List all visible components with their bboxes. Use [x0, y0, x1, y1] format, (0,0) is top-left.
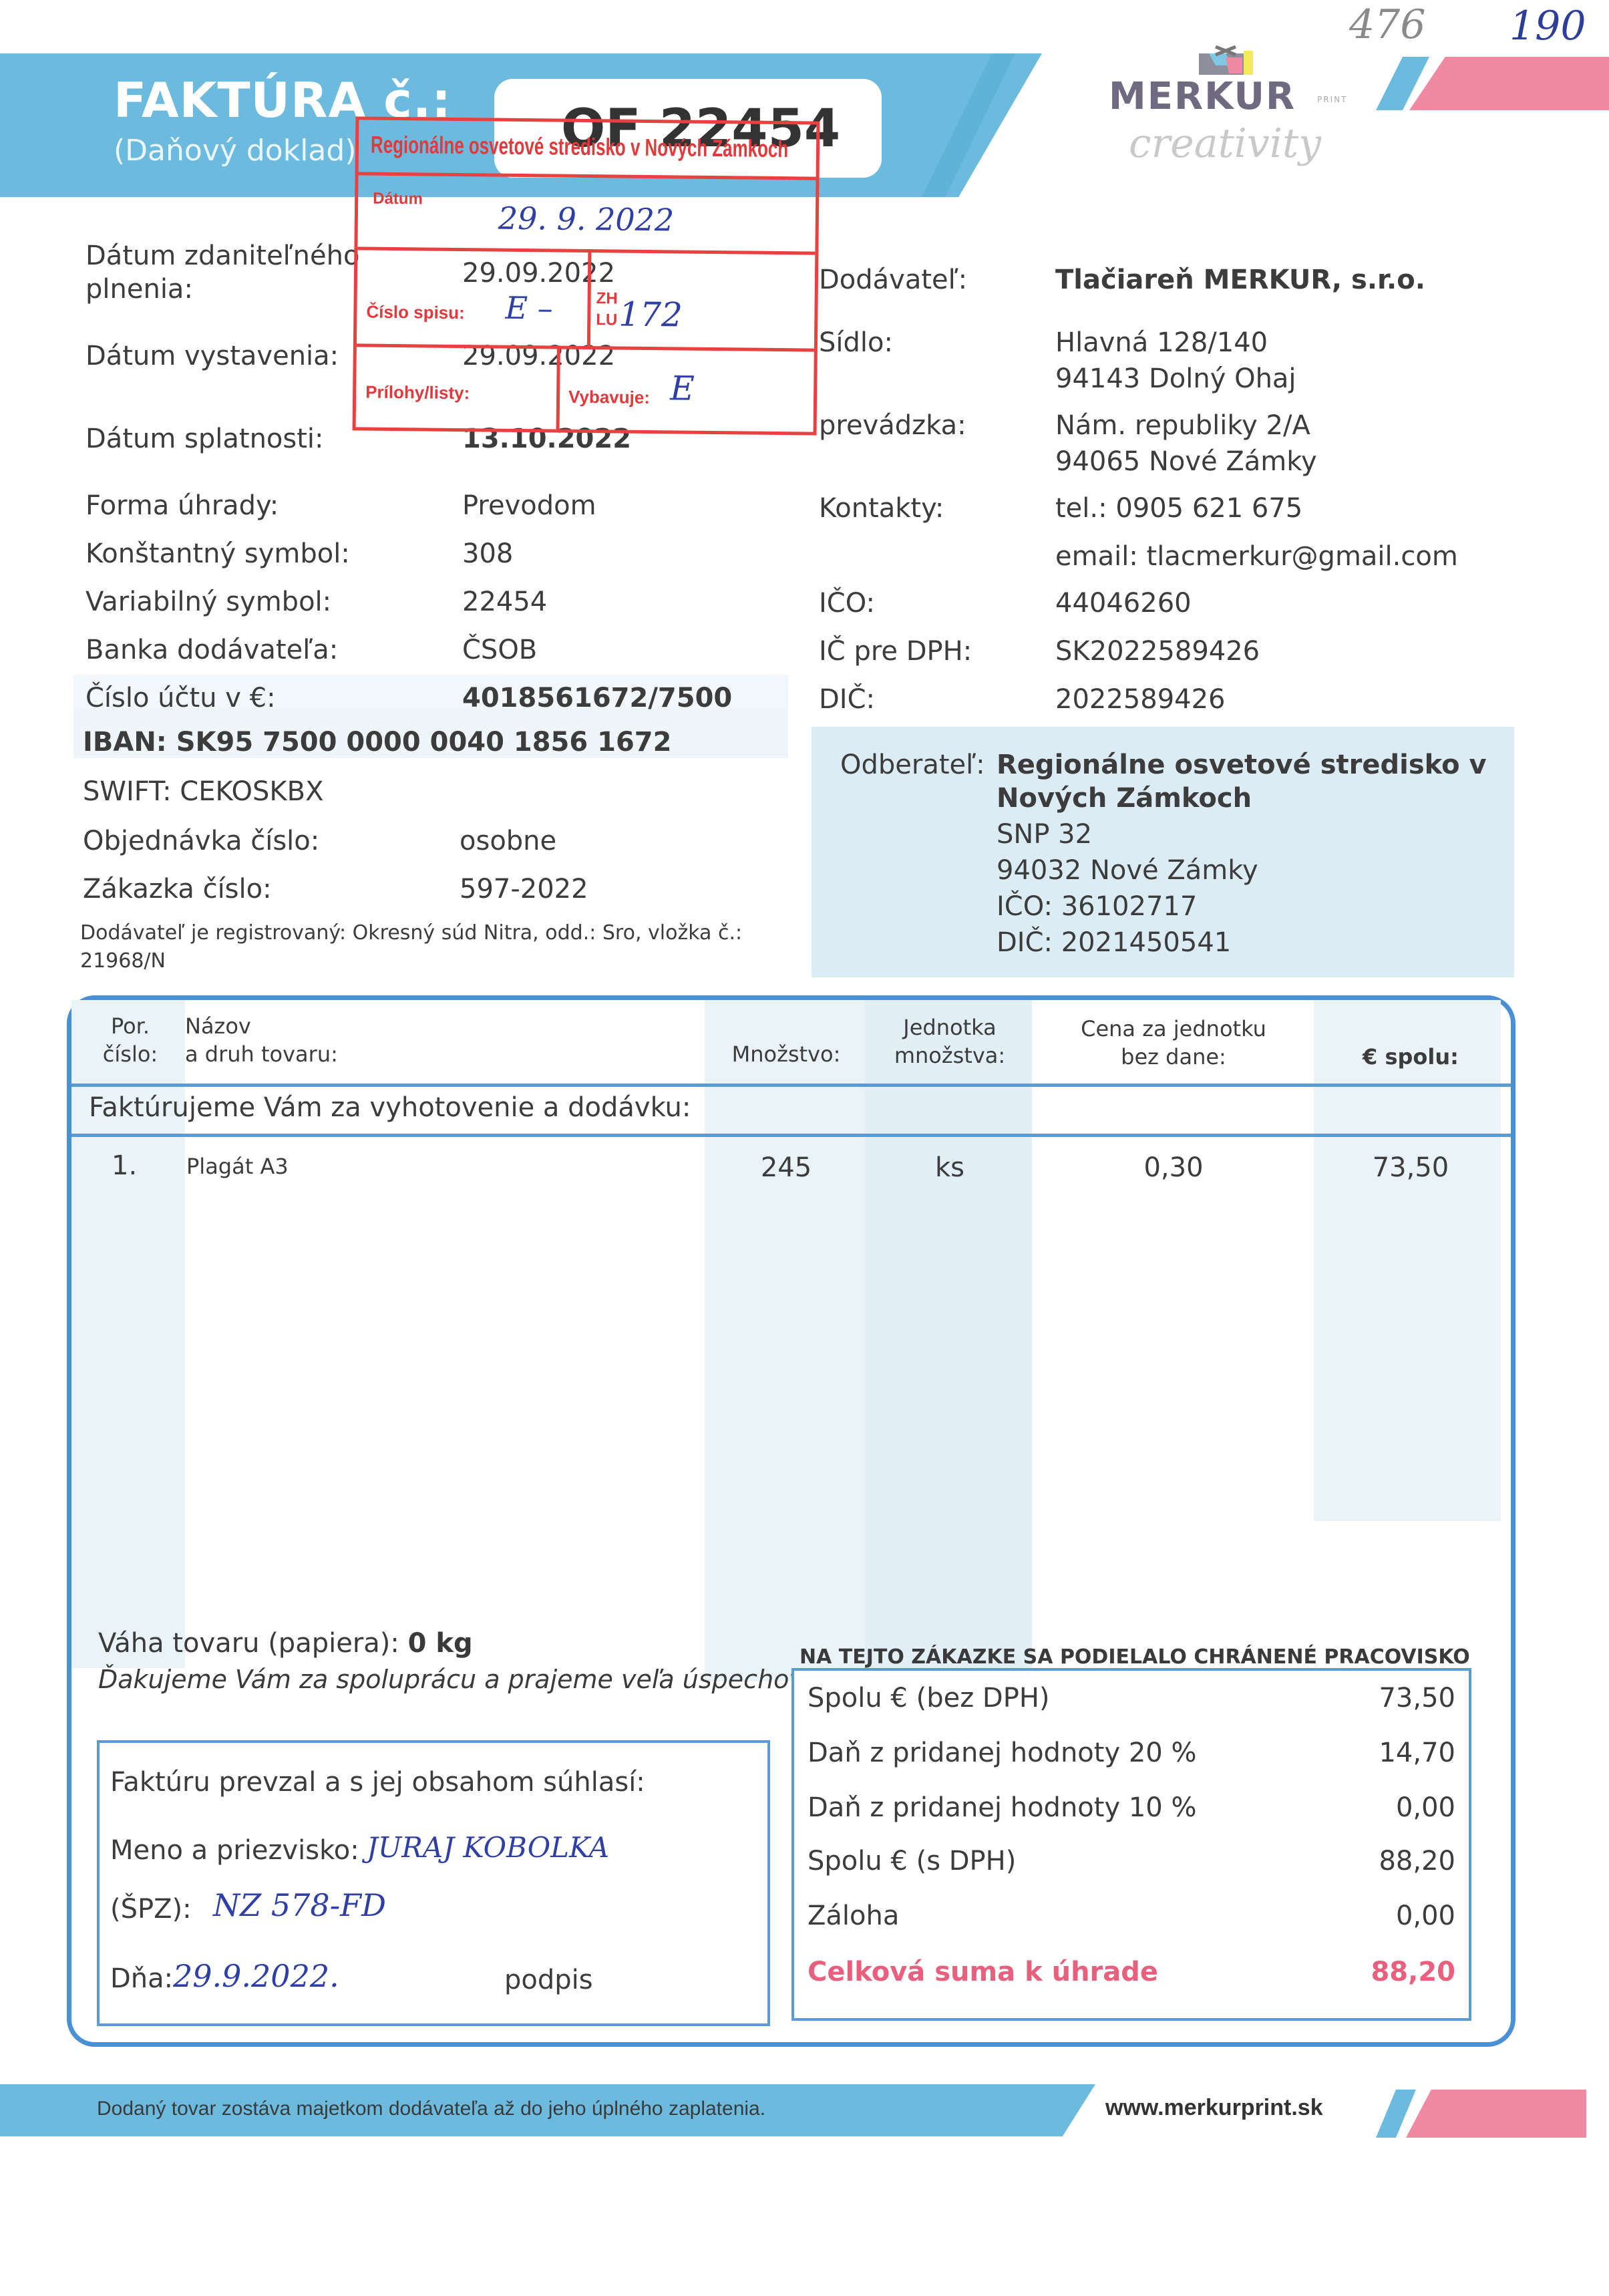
stamp-date-value: 29. 9. 2022: [498, 200, 675, 238]
supplier-phone: tel.: 0905 621 675: [1055, 493, 1302, 524]
label-account-number: Číslo účtu v €:: [85, 683, 276, 713]
th-name: Názova druh tovaru:: [185, 1012, 338, 1068]
label-issue-date: Dátum vystavenia:: [85, 341, 339, 371]
supplier-branch-line1: Nám. republiky 2/A: [1055, 410, 1310, 441]
receipt-date-label: Dňa:: [110, 1963, 173, 1994]
label-ico: IČO:: [819, 588, 875, 619]
stamp-file-label: Číslo spisu:: [366, 302, 465, 324]
receipt-plate-value: NZ 578-FD: [213, 1887, 386, 1923]
cell-unit: ks: [866, 1152, 1033, 1183]
receipt-date-value: 29.9.2022.: [173, 1958, 339, 1994]
summary-row: Daň z pridanej hodnoty 20 %14,70: [808, 1738, 1455, 1768]
label-branch: prevádzka:: [819, 410, 966, 441]
cell-unit-price: 0,30: [1040, 1152, 1307, 1183]
value-variable-symbol: 22454: [462, 587, 547, 617]
decor-stripe-pink: [1409, 57, 1609, 110]
label-dic: DIČ:: [819, 684, 875, 715]
label-constant-symbol: Konštantný symbol:: [85, 538, 350, 569]
footer-note: Dodaný tovar zostáva majetkom dodávateľa…: [97, 2098, 765, 2120]
stamp-zh-value: 172: [618, 295, 683, 335]
buyer-address1: SNP 32: [997, 819, 1092, 850]
buyer-dic: DIČ: 2021450541: [997, 927, 1231, 958]
summary-row: Záloha0,00: [808, 1901, 1455, 1931]
label-order-number: Objednávka číslo:: [83, 826, 319, 856]
cell-name: Plagát A3: [186, 1154, 289, 1179]
footer-website-link[interactable]: www.merkurprint.sk: [1105, 2095, 1323, 2121]
label-job-number: Zákazka číslo:: [83, 874, 272, 905]
cell-quantity: 245: [713, 1152, 860, 1183]
label-contacts: Kontakty:: [819, 493, 944, 524]
value-constant-symbol: 308: [462, 538, 513, 569]
label-seat: Sídlo:: [819, 327, 893, 358]
stamp-file-value: E –: [505, 290, 553, 327]
summary-row: Daň z pridanej hodnoty 10 %0,00: [808, 1792, 1455, 1823]
receipt-title: Faktúru prevzal a s jej obsahom súhlasí:: [110, 1767, 645, 1798]
stamp-org: Regionálne osvetové stredisko v Nových Z…: [371, 131, 789, 164]
stamp-date-label: Dátum: [373, 190, 423, 209]
buyer-ico: IČO: 36102717: [997, 891, 1197, 922]
supplier-branch-line2: 94065 Nové Zámky: [1055, 446, 1317, 477]
summary-box: Spolu € (bez DPH)73,50 Daň z pridanej ho…: [791, 1668, 1471, 2021]
label-buyer: Odberateľ:: [840, 750, 985, 780]
summary-row: Spolu € (bez DPH)73,50: [808, 1683, 1455, 1713]
stamp-handler-value: E: [670, 369, 695, 407]
iban: IBAN: SK95 7500 0000 0040 1856 1672: [83, 727, 671, 758]
stamp-zh-label: ZH: [596, 289, 617, 308]
value-job-number: 597-2022: [460, 874, 588, 905]
handwritten-note-left: 476: [1349, 1, 1426, 48]
supplier-icdph: SK2022589426: [1055, 636, 1260, 667]
summary-row: Spolu € (s DPH)88,20: [808, 1846, 1455, 1876]
merkur-logo-icon: [1196, 45, 1249, 72]
footer-stripe-pink: [1406, 2090, 1586, 2138]
total-due-row: Celková suma k úhrade88,20: [808, 1957, 1455, 1987]
th-total: € spolu:: [1320, 1043, 1501, 1071]
cell-total: 73,50: [1320, 1152, 1501, 1183]
receipt-signature-label: podpis: [504, 1965, 593, 1995]
label-icdph: IČ pre DPH:: [819, 636, 972, 667]
supplier-ico: 44046260: [1055, 588, 1192, 619]
buyer-address2: 94032 Nové Zámky: [997, 855, 1258, 886]
th-unit: Jednotkamnožstva:: [866, 1013, 1033, 1070]
brand-logo-suffix: PRINT: [1317, 95, 1347, 104]
th-num: Por.číslo:: [90, 1012, 170, 1068]
buyer-name-line2: Nových Zámkoch: [997, 783, 1252, 814]
value-payment-method: Prevodom: [462, 490, 596, 521]
supplier-email[interactable]: email: tlacmerkur@gmail.com: [1055, 541, 1458, 572]
handwritten-note-right: 190: [1509, 3, 1586, 49]
brand-logo-text: MERKUR: [1109, 75, 1296, 118]
receipt-plate-label: (ŠPZ):: [110, 1894, 192, 1925]
supplier-name: Tlačiareň MERKUR, s.r.o.: [1055, 265, 1425, 295]
supplier-seat-line2: 94143 Dolný Ohaj: [1055, 363, 1296, 394]
weight-line: Váha tovaru (papiera): 0 kg: [98, 1628, 473, 1659]
buyer-name-line1: Regionálne osvetové stredisko v: [997, 750, 1487, 780]
registry-stamp: Regionálne osvetové stredisko v Nových Z…: [353, 116, 820, 435]
value-order-number: osobne: [460, 826, 556, 856]
value-account-number: 4018561672/7500: [462, 683, 732, 713]
invoice-subtitle: (Daňový doklad): [114, 134, 357, 168]
receipt-name-label: Meno a priezvisko:: [110, 1835, 359, 1866]
th-unit-price: Cena za jednotkubez dane:: [1040, 1015, 1307, 1071]
supplier-dic: 2022589426: [1055, 684, 1226, 715]
label-supplier: Dodávateľ:: [819, 265, 967, 295]
stamp-lu-label: LU: [596, 311, 617, 329]
supplier-seat-line1: Hlavná 128/140: [1055, 327, 1268, 358]
items-intro: Faktúrujeme Vám za vyhotovenie a dodávku…: [89, 1092, 691, 1123]
receipt-name-value: JURAJ KOBOLKA: [367, 1831, 609, 1864]
label-variable-symbol: Variabilný symbol:: [85, 587, 331, 617]
label-due-date: Dátum splatnosti:: [85, 424, 324, 454]
swift: SWIFT: CEKOSKBX: [83, 776, 323, 807]
brand-slogan: creativity: [1129, 120, 1321, 167]
cell-num: 1.: [112, 1150, 137, 1181]
label-payment-method: Forma úhrady:: [85, 490, 279, 521]
registration-note: Dodávateľ je registrovaný: Okresný súd N…: [80, 919, 788, 975]
value-bank: ČSOB: [462, 635, 537, 665]
thanks-note: Ďakujeme Vám za spoluprácu a prajeme veľ…: [98, 1665, 804, 1694]
th-quantity: Množstvo:: [713, 1040, 860, 1068]
label-bank: Banka dodávateľa:: [85, 635, 338, 665]
label-tax-date: Dátum zdaniteľného plnenia:: [85, 239, 379, 306]
protected-workplace-note: NA TEJTO ZÁKAZKE SA PODIELALO CHRÁNENÉ P…: [799, 1645, 1470, 1669]
receipt-box: Faktúru prevzal a s jej obsahom súhlasí:…: [97, 1740, 770, 2026]
stamp-handler-label: Vybavuje:: [568, 387, 650, 408]
stamp-attachments-label: Prílohy/listy:: [365, 382, 470, 404]
